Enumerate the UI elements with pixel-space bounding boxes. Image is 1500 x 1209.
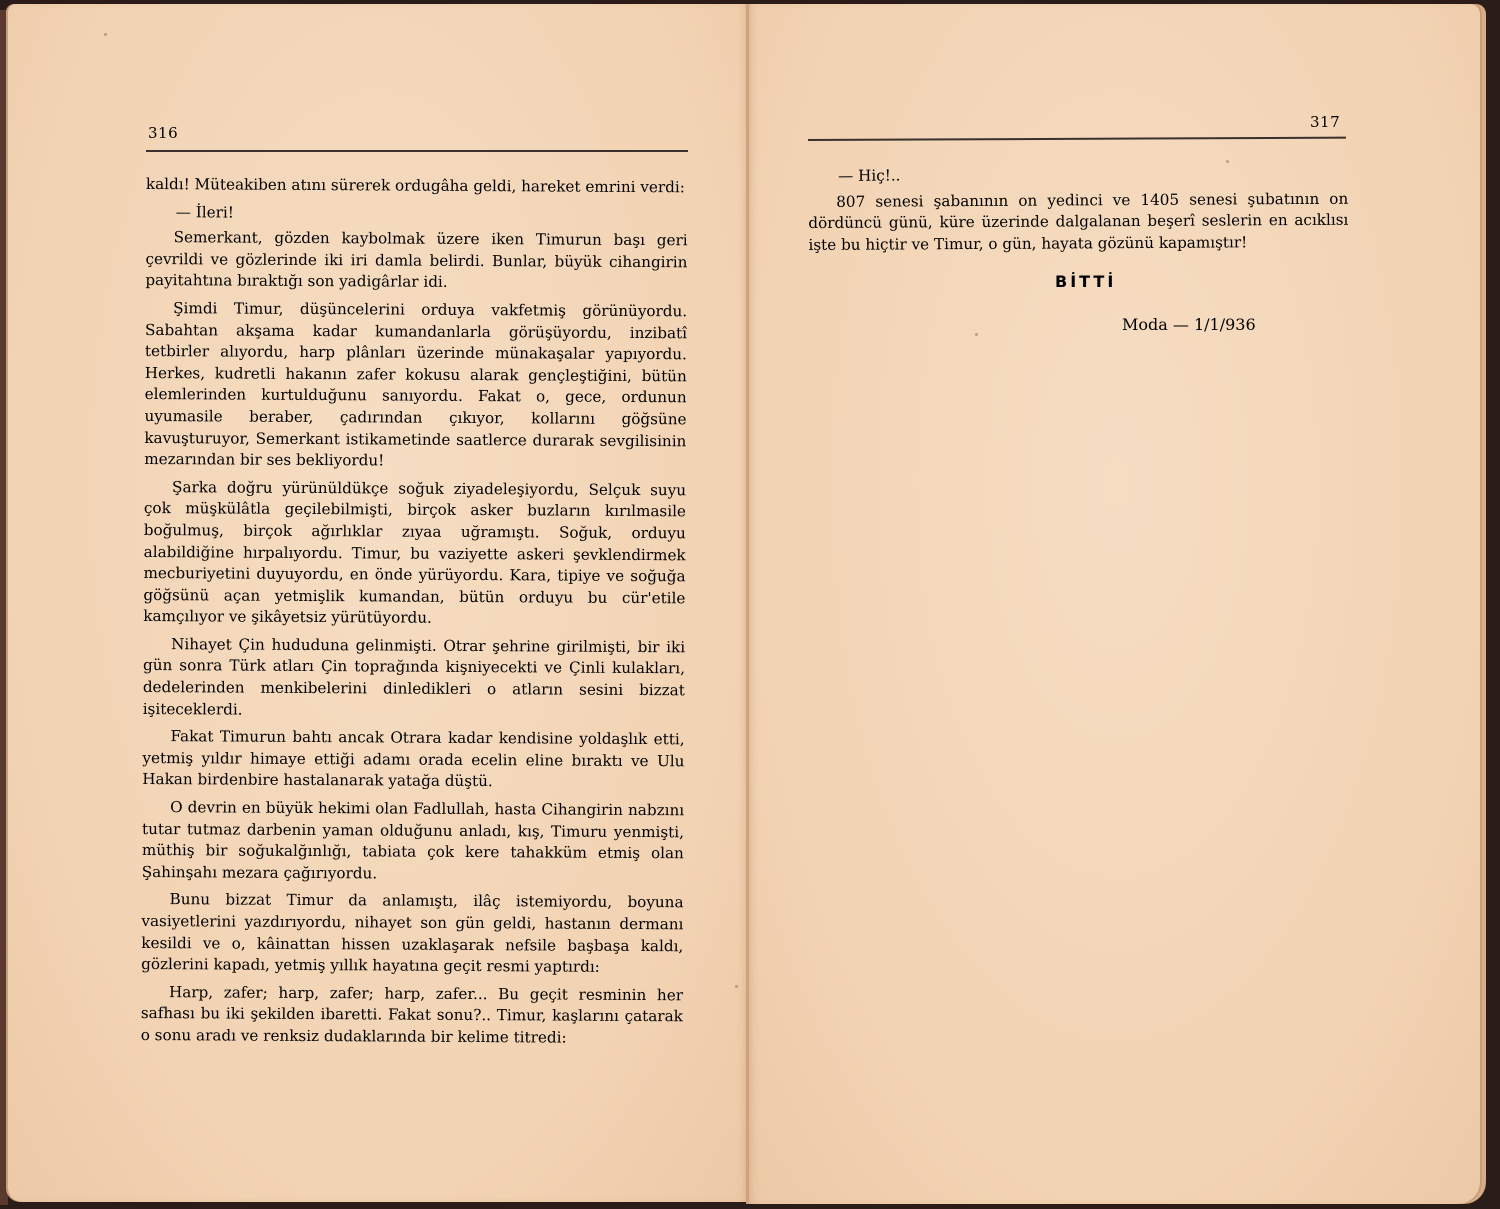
paragraph: kaldı! Müteakiben atını sürerek ordugâha…	[146, 174, 688, 199]
open-book-spread: 316 kaldı! Müteakiben atını sürerek ordu…	[0, 0, 1500, 1209]
left-page-body: kaldı! Müteakiben atını sürerek ordugâha…	[141, 174, 688, 1056]
paragraph: Bunu bizzat Timur da anlamıştı, ilâç ist…	[141, 889, 684, 979]
paragraph: Semerkant, gözden kaybolmak üzere iken T…	[145, 227, 687, 295]
paragraph: O devrin en büyük hekimi olan Fadlullah,…	[142, 797, 685, 887]
book-gutter	[746, 4, 749, 1204]
paragraph: 807 senesi şabanının on yedinci ve 1405 …	[808, 188, 1348, 256]
paragraph: Nihayet Çin hududuna gelinmişti. Otrar ş…	[143, 634, 686, 724]
paragraph: Şimdi Timur, düşüncelerini orduya vakfet…	[144, 298, 687, 474]
left-header-rule	[146, 150, 688, 152]
right-page-body: — Hiç!.. 807 senesi şabanının on yedinci…	[808, 163, 1349, 263]
right-page-number: 317	[1310, 113, 1340, 131]
the-end-heading: BİTTİ	[1055, 272, 1116, 291]
paper-speck	[1226, 160, 1229, 163]
paragraph: Harp, zafer; harp, zafer; harp, zafer...…	[141, 982, 683, 1050]
paper-speck	[104, 33, 107, 36]
paper-speck	[975, 333, 978, 336]
left-page-number: 316	[148, 124, 178, 142]
paragraph: Şarka doğru yürünüldükçe soğuk ziyadeleş…	[143, 477, 686, 631]
dialog-line: — Hiç!..	[808, 163, 1348, 188]
place-date-signoff: Moda — 1/1/936	[1122, 315, 1256, 334]
dialog-line: — İleri!	[146, 202, 688, 227]
paper-speck	[735, 985, 738, 988]
paragraph: Fakat Timurun bahtı ancak Otrara kadar k…	[142, 726, 684, 794]
